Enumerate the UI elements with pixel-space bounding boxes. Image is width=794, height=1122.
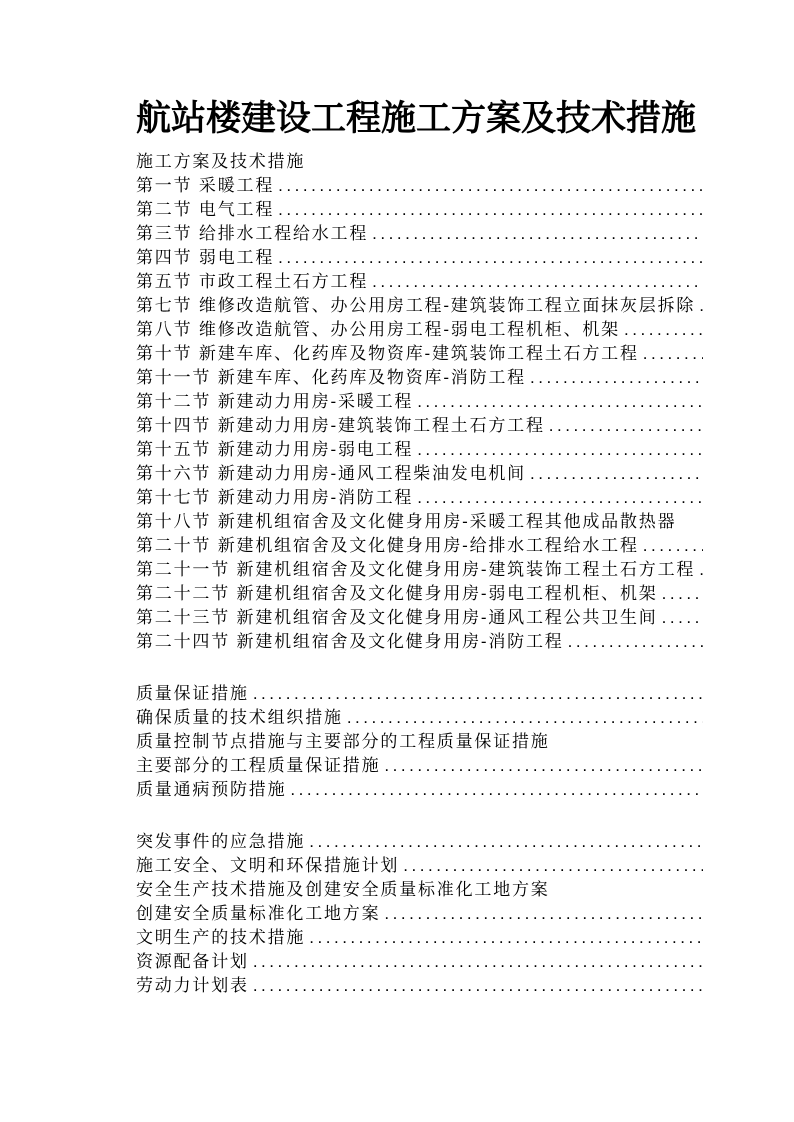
toc-entry[interactable]: 第二十一节 新建机组宿舍及文化健身用房-建筑装饰工程土石方工程 . . . . …	[136, 558, 703, 582]
toc-dot-leader: . . . . . . . . . . . . . . . . . . . . …	[305, 926, 703, 950]
toc-dot-leader: . . . . . . . . . . . . . . . . . . . . …	[413, 390, 703, 414]
toc-blocks: 第一节 采暖工程 . . . . . . . . . . . . . . . .…	[136, 174, 703, 998]
toc-entry[interactable]: 质量控制节点措施与主要部分的工程质量保证措施	[136, 730, 703, 754]
toc-dot-leader: . . . . . . . . . . . . . . . . . . . . …	[380, 754, 703, 778]
toc-entry-label: 质量控制节点措施与主要部分的工程质量保证措施	[136, 730, 550, 754]
toc-entry[interactable]: 第二十四节 新建机组宿舍及文化健身用房-消防工程 . . . . . . . .…	[136, 630, 703, 654]
toc-entry[interactable]: 突发事件的应急措施 . . . . . . . . . . . . . . . …	[136, 830, 703, 854]
toc-entry-label: 第一节 采暖工程	[136, 174, 274, 198]
toc-entry[interactable]: 第八节 维修改造航管、办公用房工程-弱电工程机柜、机架 . . . . . . …	[136, 318, 703, 342]
toc-entry-label: 第十节 新建车库、化药库及物资库-建筑装饰工程土石方工程	[136, 342, 639, 366]
toc-entry-label: 第三节 给排水工程给水工程	[136, 222, 368, 246]
toc-dot-leader: . . . . . . . . . . . . . . . . . . . . …	[274, 246, 703, 270]
toc-dot-leader: . . . . . . . . . . . . . . . . . . . . …	[368, 270, 703, 294]
toc-dot-leader: . . . . . . . . . . . . . . . . . . . . …	[545, 414, 703, 438]
toc-entry-label: 劳动力计划表	[136, 974, 249, 998]
toc-dot-leader: . . . . . . . . . . . . . . . . . . . . …	[413, 438, 703, 462]
toc-entry[interactable]: 第二十节 新建机组宿舍及文化健身用房-给排水工程给水工程 . . . . . .…	[136, 534, 703, 558]
toc-dot-leader: . . . . . . . . . . . . . . . . . . . . …	[695, 558, 703, 582]
toc-entry-label: 确保质量的技术组织措施	[136, 706, 343, 730]
toc-dot-leader: . . . . . . . . . . . . . . . . . . . . …	[526, 462, 703, 486]
toc-entry[interactable]: 第十二节 新建动力用房-采暖工程 . . . . . . . . . . . .…	[136, 390, 703, 414]
toc-entry[interactable]: 安全生产技术措施及创建安全质量标准化工地方案	[136, 878, 703, 902]
toc-dot-leader: . . . . . . . . . . . . . . . . . . . . …	[343, 706, 703, 730]
toc-entry-label: 质量通病预防措施	[136, 778, 286, 802]
toc-entry[interactable]: 质量通病预防措施 . . . . . . . . . . . . . . . .…	[136, 778, 703, 802]
toc-entry-label: 突发事件的应急措施	[136, 830, 305, 854]
toc-entry-label: 资源配备计划	[136, 950, 249, 974]
toc-entry-label: 第二十节 新建机组宿舍及文化健身用房-给排水工程给水工程	[136, 534, 639, 558]
toc-entry-label: 施工安全、文明和环保措施计划	[136, 854, 399, 878]
toc-block-quality-measures: 质量保证措施 . . . . . . . . . . . . . . . . .…	[136, 682, 703, 802]
document-page: 航站楼建设工程施工方案及技术措施 施工方案及技术措施 第一节 采暖工程 . . …	[0, 0, 794, 1122]
toc-dot-leader: . . . . . . . . . . . . . . . . . . . . …	[368, 222, 703, 246]
toc-dot-leader: . . . . . . . . . . . . . . . . . . . . …	[639, 342, 703, 366]
toc-dot-leader: . . . . . . . . . . . . . . . . . . . . …	[564, 630, 703, 654]
toc-entry-label: 第十二节 新建动力用房-采暖工程	[136, 390, 413, 414]
toc-block-construction-sections: 第一节 采暖工程 . . . . . . . . . . . . . . . .…	[136, 174, 703, 654]
toc-entry-label: 主要部分的工程质量保证措施	[136, 754, 380, 778]
toc-dot-leader: . . . . . . . . . . . . . . . . . . . . …	[399, 854, 703, 878]
toc-heading: 施工方案及技术措施	[136, 150, 703, 174]
toc-dot-leader: . . . . . . . . . . . . . . . . . . . . …	[695, 294, 703, 318]
toc-entry-label: 第十七节 新建动力用房-消防工程	[136, 486, 413, 510]
toc-entry[interactable]: 第二节 电气工程 . . . . . . . . . . . . . . . .…	[136, 198, 703, 222]
toc-entry-label: 创建安全质量标准化工地方案	[136, 902, 380, 926]
toc-entry-label: 第四节 弱电工程	[136, 246, 274, 270]
toc-entry[interactable]: 确保质量的技术组织措施 . . . . . . . . . . . . . . …	[136, 706, 703, 730]
toc-entry[interactable]: 第七节 维修改造航管、办公用房工程-建筑装饰工程立面抹灰层拆除 . . . . …	[136, 294, 703, 318]
toc-dot-leader: . . . . . . . . . . . . . . . . . . . . …	[658, 582, 703, 606]
toc-dot-leader: . . . . . . . . . . . . . . . . . . . . …	[249, 950, 703, 974]
toc-dot-leader: . . . . . . . . . . . . . . . . . . . . …	[639, 534, 703, 558]
toc-entry[interactable]: 第五节 市政工程土石方工程 . . . . . . . . . . . . . …	[136, 270, 703, 294]
toc-block-safety-and-resources: 突发事件的应急措施 . . . . . . . . . . . . . . . …	[136, 830, 703, 998]
toc-entry[interactable]: 第四节 弱电工程 . . . . . . . . . . . . . . . .…	[136, 246, 703, 270]
toc-entry[interactable]: 资源配备计划 . . . . . . . . . . . . . . . . .…	[136, 950, 703, 974]
toc-entry[interactable]: 创建安全质量标准化工地方案 . . . . . . . . . . . . . …	[136, 902, 703, 926]
toc-entry[interactable]: 施工安全、文明和环保措施计划 . . . . . . . . . . . . .…	[136, 854, 703, 878]
table-of-contents: 施工方案及技术措施 第一节 采暖工程 . . . . . . . . . . .…	[136, 150, 703, 998]
toc-dot-leader: . . . . . . . . . . . . . . . . . . . . …	[249, 682, 703, 706]
toc-entry[interactable]: 第三节 给排水工程给水工程 . . . . . . . . . . . . . …	[136, 222, 703, 246]
toc-entry-label: 第十六节 新建动力用房-通风工程柴油发电机间	[136, 462, 526, 486]
toc-entry[interactable]: 第二十三节 新建机组宿舍及文化健身用房-通风工程公共卫生间 . . . . . …	[136, 606, 703, 630]
toc-dot-leader: . . . . . . . . . . . . . . . . . . . . …	[526, 366, 703, 390]
toc-entry-label: 第十五节 新建动力用房-弱电工程	[136, 438, 413, 462]
document-title: 航站楼建设工程施工方案及技术措施	[136, 96, 703, 142]
toc-entry-label: 第二十二节 新建机组宿舍及文化健身用房-弱电工程机柜、机架	[136, 582, 658, 606]
toc-entry-label: 第五节 市政工程土石方工程	[136, 270, 368, 294]
toc-entry-label: 安全生产技术措施及创建安全质量标准化工地方案	[136, 878, 550, 902]
toc-dot-leader: . . . . . . . . . . . . . . . . . . . . …	[274, 198, 703, 222]
toc-entry-label: 文明生产的技术措施	[136, 926, 305, 950]
toc-entry-label: 第八节 维修改造航管、办公用房工程-弱电工程机柜、机架	[136, 318, 620, 342]
toc-entry-label: 第十四节 新建动力用房-建筑装饰工程土石方工程	[136, 414, 545, 438]
toc-entry-label: 质量保证措施	[136, 682, 249, 706]
toc-dot-leader: . . . . . . . . . . . . . . . . . . . . …	[413, 486, 703, 510]
toc-dot-leader: . . . . . . . . . . . . . . . . . . . . …	[658, 606, 703, 630]
toc-dot-leader: . . . . . . . . . . . . . . . . . . . . …	[286, 778, 703, 802]
toc-entry-label: 第十八节 新建机组宿舍及文化健身用房-采暖工程其他成品散热器	[136, 510, 676, 534]
toc-entry-label: 第七节 维修改造航管、办公用房工程-建筑装饰工程立面抹灰层拆除	[136, 294, 695, 318]
toc-entry-label: 第二十四节 新建机组宿舍及文化健身用房-消防工程	[136, 630, 564, 654]
toc-dot-leader: . . . . . . . . . . . . . . . . . . . . …	[620, 318, 703, 342]
toc-entry[interactable]: 第十节 新建车库、化药库及物资库-建筑装饰工程土石方工程 . . . . . .…	[136, 342, 703, 366]
toc-entry[interactable]: 质量保证措施 . . . . . . . . . . . . . . . . .…	[136, 682, 703, 706]
toc-dot-leader: . . . . . . . . . . . . . . . . . . . . …	[380, 902, 703, 926]
toc-entry[interactable]: 主要部分的工程质量保证措施 . . . . . . . . . . . . . …	[136, 754, 703, 778]
toc-entry[interactable]: 文明生产的技术措施 . . . . . . . . . . . . . . . …	[136, 926, 703, 950]
toc-entry-label: 第二节 电气工程	[136, 198, 274, 222]
toc-dot-leader: . . . . . . . . . . . . . . . . . . . . …	[274, 174, 703, 198]
toc-entry[interactable]: 第十七节 新建动力用房-消防工程 . . . . . . . . . . . .…	[136, 486, 703, 510]
toc-entry-label: 第十一节 新建车库、化药库及物资库-消防工程	[136, 366, 526, 390]
toc-dot-leader: . . . . . . . . . . . . . . . . . . . . …	[249, 974, 703, 998]
toc-entry[interactable]: 劳动力计划表 . . . . . . . . . . . . . . . . .…	[136, 974, 703, 998]
toc-entry[interactable]: 第十五节 新建动力用房-弱电工程 . . . . . . . . . . . .…	[136, 438, 703, 462]
toc-entry[interactable]: 第十四节 新建动力用房-建筑装饰工程土石方工程 . . . . . . . . …	[136, 414, 703, 438]
toc-entry[interactable]: 第十一节 新建车库、化药库及物资库-消防工程 . . . . . . . . .…	[136, 366, 703, 390]
toc-entry[interactable]: 第十六节 新建动力用房-通风工程柴油发电机间 . . . . . . . . .…	[136, 462, 703, 486]
toc-entry-label: 第二十一节 新建机组宿舍及文化健身用房-建筑装饰工程土石方工程	[136, 558, 695, 582]
toc-entry[interactable]: 第一节 采暖工程 . . . . . . . . . . . . . . . .…	[136, 174, 703, 198]
toc-entry-label: 第二十三节 新建机组宿舍及文化健身用房-通风工程公共卫生间	[136, 606, 658, 630]
toc-entry[interactable]: 第二十二节 新建机组宿舍及文化健身用房-弱电工程机柜、机架 . . . . . …	[136, 582, 703, 606]
toc-dot-leader: . . . . . . . . . . . . . . . . . . . . …	[305, 830, 703, 854]
toc-entry[interactable]: 第十八节 新建机组宿舍及文化健身用房-采暖工程其他成品散热器	[136, 510, 703, 534]
